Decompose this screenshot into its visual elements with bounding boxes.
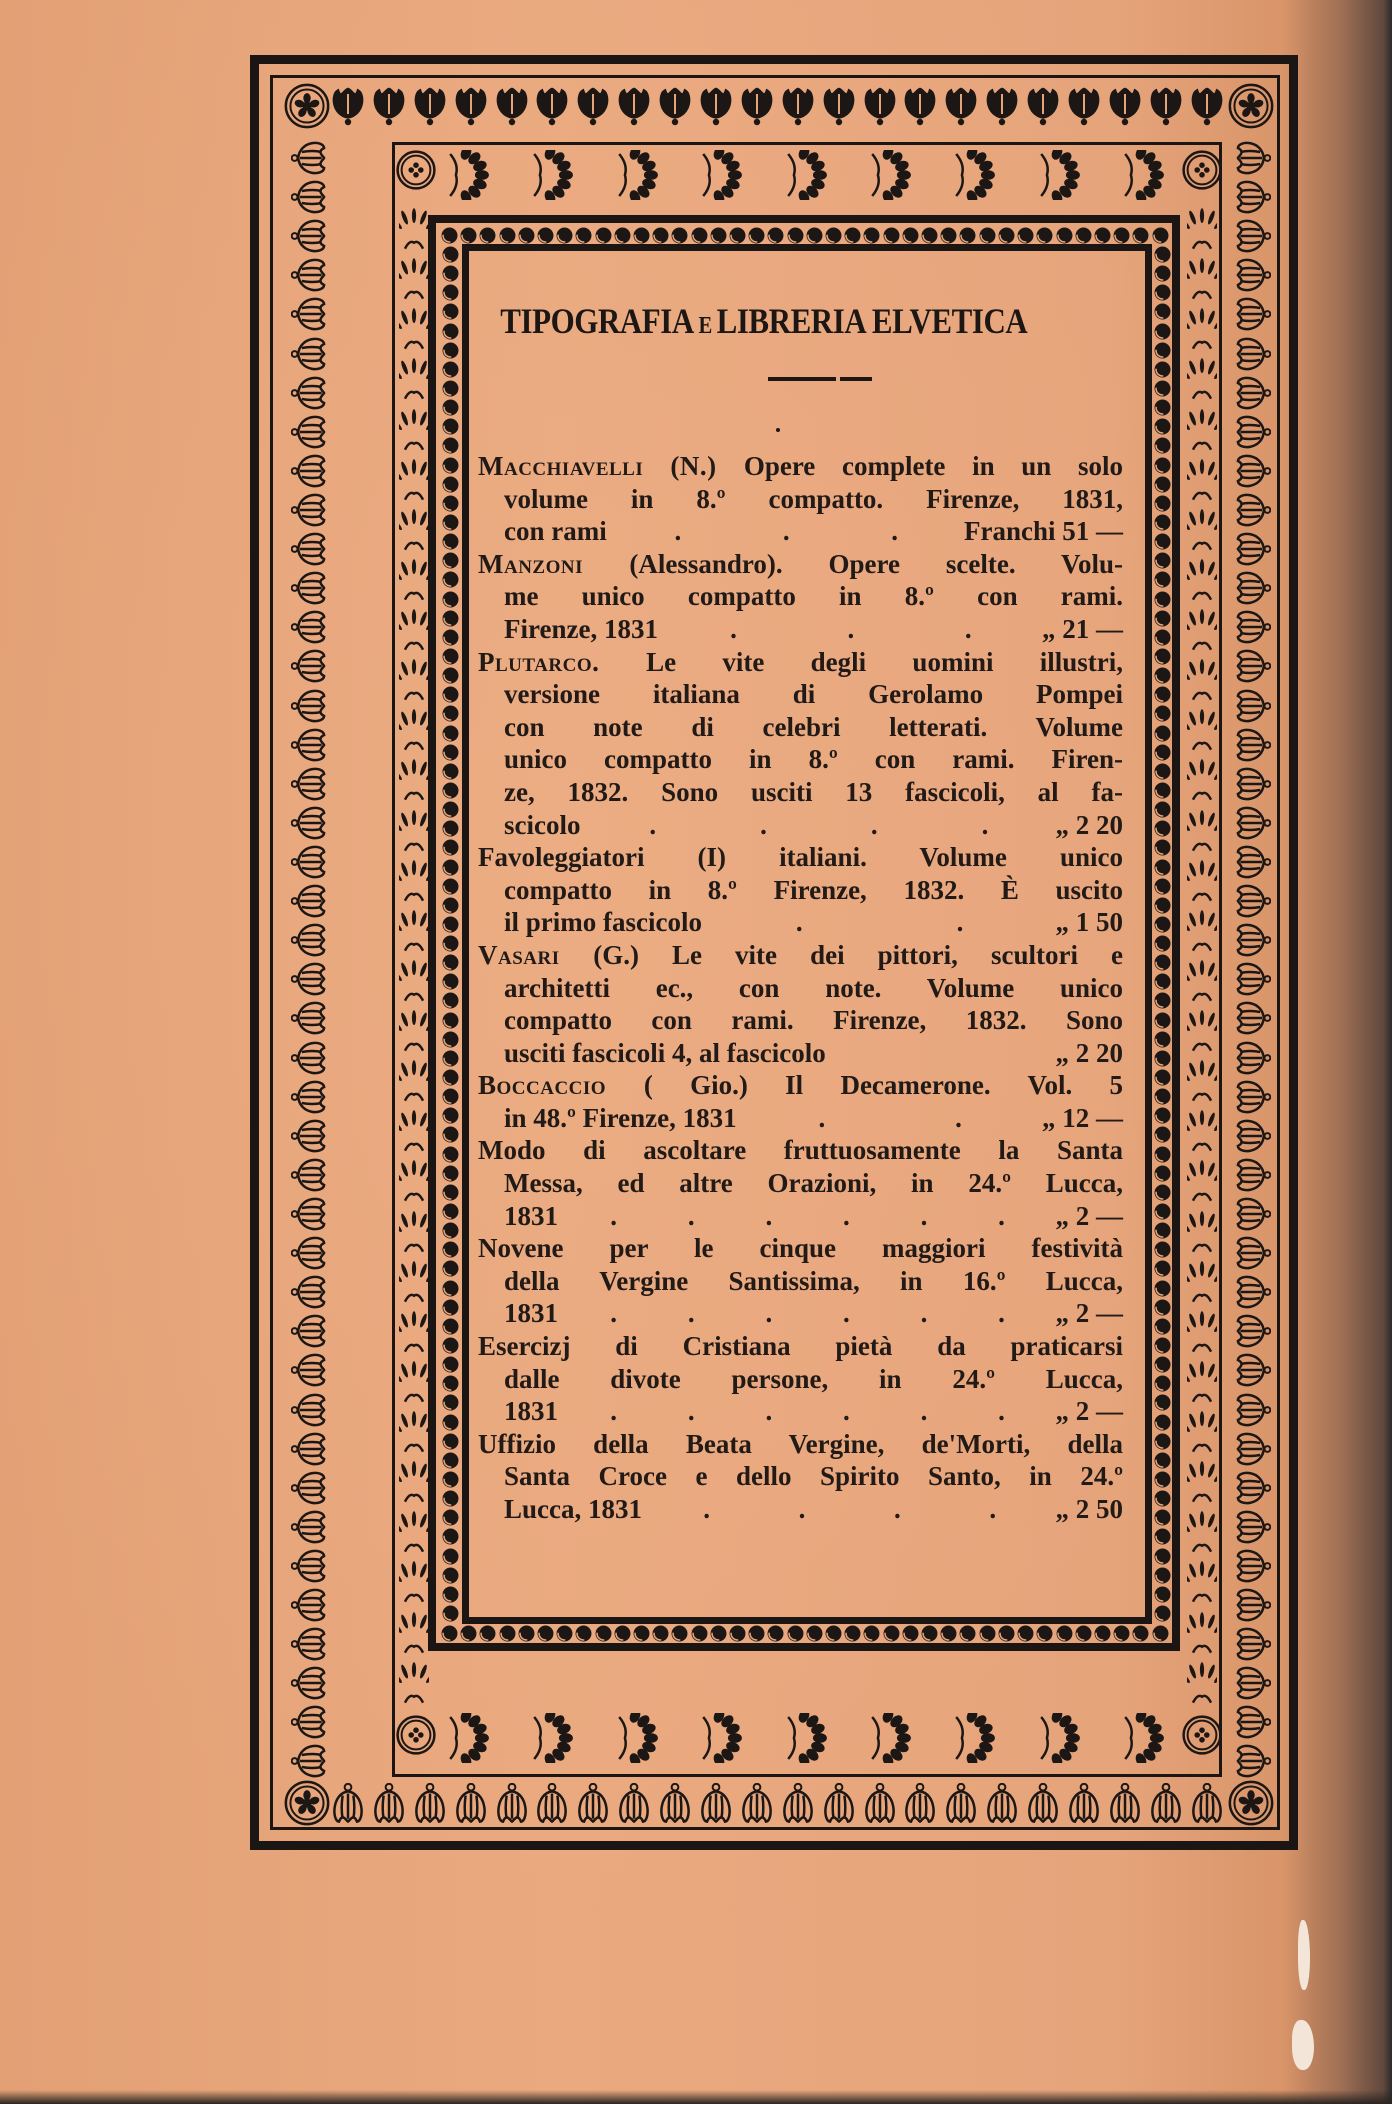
entry-text: in 48.º Firenze, 1831: [504, 1102, 737, 1135]
ornament-icon: [1153, 1183, 1172, 1202]
ornament-icon: [1035, 1624, 1054, 1643]
ornament-icon: [536, 226, 555, 245]
ornament-icon: [632, 226, 651, 245]
ornament-icon: [1153, 1202, 1172, 1221]
paper-bottom-edge: [0, 2090, 1392, 2104]
entry-price: „ 1 50: [1056, 906, 1124, 939]
ornament-icon: [291, 529, 327, 569]
ornament-icon: [1187, 907, 1217, 953]
ornament-icon: [441, 953, 460, 972]
ornament-icon: [698, 86, 734, 126]
ornament-icon: [1153, 341, 1172, 360]
ornament-icon: [441, 570, 460, 589]
ornament-icon: [291, 568, 327, 608]
entry-line: Boccaccio ( Gio.) Il Decamerone. Vol. 5: [478, 1069, 1123, 1102]
entry-text: scicolo: [504, 809, 580, 842]
ornament-icon: [574, 1624, 593, 1643]
ornament-icon: [1235, 1468, 1271, 1508]
ornament-icon: [616, 1783, 652, 1825]
entry-line: 1831......„ 2 —: [478, 1395, 1123, 1428]
ornament-icon: [1153, 1049, 1172, 1068]
ornament-icon: [1153, 609, 1172, 628]
ornament-icon: [291, 373, 327, 413]
ornament-icon: [441, 1470, 460, 1489]
ornament-icon: [1153, 302, 1172, 321]
entry-text: volume in 8.º compatto. Firenze, 1831,: [504, 483, 1123, 516]
dot-leader: [826, 1037, 1056, 1070]
ornament-icon: [291, 803, 327, 843]
ornament-icon: [1235, 842, 1271, 882]
entry-line: il primo fascicolo..„ 1 50: [478, 906, 1123, 939]
ornament-icon: [1153, 1451, 1172, 1470]
ornament-icon: [1153, 1585, 1172, 1604]
lotus-border-left: [288, 140, 330, 1780]
title-conjunction: E: [694, 313, 717, 339]
ornament-icon: [1153, 1221, 1172, 1240]
ornament-icon: [920, 1624, 939, 1643]
entry-line: Macchiavelli (N.) Opere complete in un s…: [478, 450, 1123, 483]
ornament-icon: [1235, 1546, 1271, 1586]
ornament-icon: [478, 1624, 497, 1643]
entry-text: Lucca, 1831: [504, 1493, 642, 1526]
ornament-icon: [862, 86, 898, 126]
ornament-icon: [1153, 1106, 1172, 1125]
ornament-icon: [1235, 646, 1271, 686]
ornament-icon: [1039, 1713, 1083, 1763]
ornament-icon: [1153, 475, 1172, 494]
dot-leader: ..: [737, 1102, 1042, 1135]
ornament-icon: [1235, 140, 1271, 178]
ornament-icon: [1153, 972, 1172, 991]
ornament-icon: [821, 1783, 857, 1825]
ornament-icon: [291, 412, 327, 452]
ornament-icon: [958, 226, 977, 245]
ornament-icon: [399, 1208, 429, 1254]
ornament-icon: [291, 1272, 327, 1312]
ornament-icon: [1066, 1783, 1102, 1825]
ornament-icon: [441, 781, 460, 800]
ornament-icon: [943, 1783, 979, 1825]
ornament-icon: [1235, 959, 1271, 999]
entry-text: Macchiavelli (N.) Opere complete in un s…: [478, 450, 1123, 483]
ornament-icon: [441, 360, 460, 379]
ornament-icon: [1074, 1624, 1093, 1643]
ornament-icon: [709, 1624, 728, 1643]
ornament-icon: [882, 1624, 901, 1643]
entry-price: „ 2 —: [1056, 1395, 1124, 1428]
ornament-icon: [1153, 1393, 1172, 1412]
ornament-icon: [494, 1783, 530, 1825]
dot-leader: ......: [558, 1297, 1056, 1330]
lotus-border-right: [1232, 140, 1274, 1780]
ornament-icon: [1235, 1272, 1271, 1312]
ornament-icon: [440, 1624, 459, 1643]
ornament-icon: [1235, 1077, 1271, 1117]
ornament-icon: [441, 1298, 460, 1317]
ornament-icon: [399, 656, 429, 702]
ornament-icon: [399, 807, 429, 853]
ornament-icon: [1153, 1259, 1172, 1278]
entry-line: Lucca, 1831....„ 2 50: [478, 1493, 1123, 1526]
ornament-icon: [805, 1624, 824, 1643]
ornament-icon: [1153, 666, 1172, 685]
entry-text: Vasari (G.) Le vite dei pittori, scultor…: [478, 939, 1123, 972]
ornament-icon: [902, 86, 938, 126]
ornament-icon: [399, 857, 429, 903]
ornament-icon: [1187, 957, 1217, 1003]
ornament-icon: [1131, 1624, 1150, 1643]
bead-border-left: [440, 245, 460, 1623]
ornament-icon: [1235, 529, 1271, 569]
ornament-icon: [1153, 379, 1172, 398]
entry-text: compatto in 8.º Firenze, 1832. È uscito: [504, 874, 1123, 907]
entry-text: con rami: [504, 515, 607, 548]
ornament-icon: [882, 226, 901, 245]
ornament-icon: [1235, 920, 1271, 960]
ornament-icon: [1123, 150, 1167, 200]
ornament-icon: [498, 1624, 517, 1643]
ornament-icon: [821, 86, 857, 126]
ornament-icon: [1235, 998, 1271, 1038]
ornament-icon: [1187, 406, 1217, 452]
ornament-icon: [291, 998, 327, 1038]
ornament-icon: [824, 226, 843, 245]
catalog-entry: Uffizio della Beata Vergine, de'Morti, d…: [478, 1428, 1123, 1526]
ornament-icon: [1235, 764, 1271, 804]
ornament-icon: [1235, 451, 1271, 491]
ornament-icon: [291, 1429, 327, 1469]
catalog-entry: Modo di ascoltare fruttuosamente la Sant…: [478, 1134, 1123, 1232]
entry-price: „ 21 —: [1042, 613, 1123, 646]
cross-rosette-corner-icon: [1182, 1715, 1222, 1755]
ornament-icon: [843, 226, 862, 245]
ornament-icon: [1235, 1741, 1271, 1780]
ornament-icon: [1187, 355, 1217, 401]
ornament-icon: [441, 838, 460, 857]
ornament-icon: [1153, 1164, 1172, 1183]
ornament-icon: [1187, 656, 1217, 702]
ornament-icon: [709, 226, 728, 245]
ornament-icon: [1151, 226, 1170, 245]
entry-text: con note di celebri letterati. Volume: [504, 711, 1123, 744]
ornament-icon: [399, 556, 429, 602]
ornament-icon: [1153, 551, 1172, 570]
ornament-icon: [1235, 1038, 1271, 1078]
catalog-entry: Plutarco. Le vite degli uomini illustri,…: [478, 646, 1123, 842]
ornament-icon: [399, 706, 429, 752]
ornament-icon: [441, 1432, 460, 1451]
ornament-icon: [1235, 1624, 1271, 1664]
entry-text: Plutarco. Le vite degli uomini illustri,: [478, 646, 1123, 679]
ornament-icon: [780, 1783, 816, 1825]
ornament-icon: [1112, 1624, 1131, 1643]
ornament-icon: [1153, 915, 1172, 934]
entry-price: „ 2 20: [1056, 1037, 1124, 1070]
dot-leader: ......: [558, 1200, 1056, 1233]
ornament-icon: [574, 226, 593, 245]
ornament-icon: [939, 1624, 958, 1643]
title-part-2: LIBRERIA ELVETICA: [717, 301, 1028, 341]
ornament-icon: [1187, 1659, 1217, 1705]
dot-leader: ......: [558, 1395, 1056, 1428]
ornament-icon: [1153, 1547, 1172, 1566]
ornament-icon: [1235, 1390, 1271, 1430]
ornament-icon: [291, 1194, 327, 1234]
ornament-icon: [1153, 436, 1172, 455]
entry-text: 1831: [504, 1297, 558, 1330]
ornament-icon: [1074, 226, 1093, 245]
dot-leader: ....: [642, 1493, 1056, 1526]
bead-border-top: [440, 225, 1170, 245]
entry-price: „ 2 —: [1056, 1200, 1124, 1233]
ornament-icon: [371, 1783, 407, 1825]
ornament-icon: [739, 1783, 775, 1825]
ornament-icon: [441, 590, 460, 609]
ornament-icon: [728, 1624, 747, 1643]
ornament-icon: [448, 1713, 492, 1763]
entry-line: usciti fascicoli 4, al fascicolo„ 2 20: [478, 1037, 1123, 1070]
ornament-icon: [943, 86, 979, 126]
entry-text: Uffizio della Beata Vergine, de'Morti, d…: [478, 1428, 1123, 1461]
ornament-icon: [291, 764, 327, 804]
entry-price: „ 12 —: [1042, 1102, 1123, 1135]
ornament-icon: [441, 1374, 460, 1393]
ornament-icon: [1153, 283, 1172, 302]
ornament-icon: [371, 86, 407, 126]
ornament-icon: [1153, 1298, 1172, 1317]
ornament-icon: [291, 334, 327, 374]
dot-leader: ...: [607, 515, 964, 548]
ornament-icon: [441, 685, 460, 704]
entry-line: compatto in 8.º Firenze, 1832. È uscito: [478, 874, 1123, 907]
ornament-icon: [786, 1624, 805, 1643]
entry-text: me unico compatto in 8.º con rami.: [504, 580, 1123, 613]
ornament-icon: [870, 150, 914, 200]
page-title: TIPOGRAFIA E LIBRERIA ELVETICA: [480, 300, 1048, 342]
ornament-icon: [1153, 1279, 1172, 1298]
ornament-icon: [1187, 857, 1217, 903]
ornament-icon: [901, 226, 920, 245]
ornament-icon: [441, 398, 460, 417]
ornament-icon: [1153, 1011, 1172, 1030]
palmette-border-right: [1186, 205, 1218, 1705]
ornament-icon: [291, 920, 327, 960]
ornament-icon: [1235, 1116, 1271, 1156]
entry-text: Favoleggiatori (I) italiani. Volume unic…: [478, 841, 1123, 874]
ornament-icon: [1153, 1489, 1172, 1508]
ornament-icon: [575, 86, 611, 126]
ornament-icon: [1187, 606, 1217, 652]
ornament-icon: [1153, 934, 1172, 953]
ornament-icon: [1189, 1783, 1225, 1825]
ornament-icon: [399, 1358, 429, 1404]
ornament-icon: [824, 1624, 843, 1643]
ornament-icon: [441, 1279, 460, 1298]
rosette-corner-icon: [1228, 1780, 1274, 1826]
ornament-icon: [441, 1413, 460, 1432]
ornament-icon: [1153, 1604, 1172, 1623]
entry-text: architetti ec., con note. Volume unico: [504, 972, 1123, 1005]
ornament-icon: [459, 1624, 478, 1643]
ornament-icon: [536, 1624, 555, 1643]
ornament-icon: [766, 1624, 785, 1643]
ornament-icon: [291, 255, 327, 295]
ornament-icon: [453, 1783, 489, 1825]
ornament-icon: [1153, 590, 1172, 609]
entry-line: Novene per le cinque maggiori festività: [478, 1232, 1123, 1265]
ornament-icon: [291, 686, 327, 726]
ornament-icon: [534, 1783, 570, 1825]
entry-text: Esercizj di Cristiana pietà da praticars…: [478, 1330, 1123, 1363]
entry-text: versione italiana di Gerolamo Pompei: [504, 678, 1123, 711]
ornament-icon: [441, 1604, 460, 1623]
entry-price: „ 2 —: [1056, 1297, 1124, 1330]
ornament-icon: [1093, 226, 1112, 245]
title-rule: [768, 377, 836, 381]
ornament-icon: [399, 1157, 429, 1203]
ornament-icon: [291, 451, 327, 491]
entry-text: della Vergine Santissima, in 16.º Lucca,: [504, 1265, 1123, 1298]
ornament-icon: [997, 1624, 1016, 1643]
ornament-icon: [1187, 1558, 1217, 1604]
ornament-icon: [1153, 360, 1172, 379]
ornament-icon: [843, 1624, 862, 1643]
ornament-icon: [441, 1030, 460, 1049]
entry-line: Santa Croce e dello Spirito Santo, in 24…: [478, 1460, 1123, 1493]
dot-leader: ...: [658, 613, 1042, 646]
ornament-icon: [1093, 1624, 1112, 1643]
ornament-icon: [1153, 953, 1172, 972]
ornament-icon: [399, 1007, 429, 1053]
dot-leader: ..: [702, 906, 1056, 939]
ornament-icon: [399, 756, 429, 802]
ornament-icon: [441, 436, 460, 455]
ornament-icon: [1153, 724, 1172, 743]
ornament-icon: [453, 86, 489, 126]
entry-line: compatto con rami. Firenze, 1832. Sono: [478, 1004, 1123, 1037]
ornament-icon: [1153, 1068, 1172, 1087]
paper-tear: [1292, 2020, 1314, 2070]
entry-text: Manzoni (Alessandro). Opere scelte. Volu…: [478, 548, 1123, 581]
ornament-icon: [1123, 1713, 1167, 1763]
ornament-icon: [862, 1624, 881, 1643]
ornament-icon: [870, 1713, 914, 1763]
ornament-icon: [441, 494, 460, 513]
ornament-icon: [532, 150, 576, 200]
ornament-icon: [441, 417, 460, 436]
ornament-icon: [441, 1164, 460, 1183]
ornament-icon: [1187, 1609, 1217, 1655]
ornament-icon: [1235, 1194, 1271, 1234]
ornament-icon: [291, 1702, 327, 1742]
ornament-icon: [786, 150, 830, 200]
ornament-icon: [594, 1624, 613, 1643]
ornament-icon: [1235, 412, 1271, 452]
ornament-icon: [441, 762, 460, 781]
ornament-icon: [291, 725, 327, 765]
ornament-icon: [441, 704, 460, 723]
ornament-icon: [701, 1713, 745, 1763]
ornament-icon: [498, 226, 517, 245]
entry-line: Modo di ascoltare fruttuosamente la Sant…: [478, 1134, 1123, 1167]
ornament-icon: [902, 1783, 938, 1825]
ornament-icon: [291, 1155, 327, 1195]
ornament-icon: [291, 881, 327, 921]
ornament-icon: [1235, 334, 1271, 374]
ornament-icon: [291, 294, 327, 334]
ornament-icon: [441, 264, 460, 283]
entry-text: 1831: [504, 1200, 558, 1233]
entry-text: Novene per le cinque maggiori festività: [478, 1232, 1123, 1265]
ornament-icon: [1235, 1507, 1271, 1547]
rosette-corner-icon: [1228, 83, 1274, 129]
ornament-icon: [1235, 1311, 1271, 1351]
entry-line: scicolo....„ 2 20: [478, 809, 1123, 842]
catalog-entry: Manzoni (Alessandro). Opere scelte. Volu…: [478, 548, 1123, 646]
catalog-entry: Favoleggiatori (I) italiani. Volume unic…: [478, 841, 1123, 939]
ornament-icon: [441, 1106, 460, 1125]
entry-line: Plutarco. Le vite degli uomini illustri,: [478, 646, 1123, 679]
ornament-icon: [441, 1393, 460, 1412]
ornament-icon: [399, 305, 429, 351]
ornament-icon: [441, 1221, 460, 1240]
ornament-icon: [534, 86, 570, 126]
ornament-icon: [441, 1489, 460, 1508]
bead-border-bottom: [440, 1623, 1170, 1643]
entry-line: in 48.º Firenze, 1831..„ 12 —: [478, 1102, 1123, 1135]
entry-author: Vasari: [478, 940, 593, 970]
ornament-icon: [862, 1783, 898, 1825]
ornament-icon: [920, 226, 939, 245]
ornament-icon: [1153, 1470, 1172, 1489]
ornament-icon: [448, 150, 492, 200]
ornament-icon: [1187, 456, 1217, 502]
ornament-icon: [1187, 1107, 1217, 1153]
entry-text: Firenze, 1831: [504, 613, 658, 646]
ornament-icon: [441, 1336, 460, 1355]
ornament-icon: [1235, 1663, 1271, 1703]
ornament-icon: [1153, 1508, 1172, 1527]
ornament-icon: [441, 283, 460, 302]
ornament-icon: [1153, 532, 1172, 551]
ornament-icon: [291, 1077, 327, 1117]
ornament-icon: [441, 934, 460, 953]
ornament-icon: [997, 226, 1016, 245]
ornament-icon: [939, 226, 958, 245]
ornament-icon: [739, 86, 775, 126]
entry-line: 1831......„ 2 —: [478, 1297, 1123, 1330]
title-rule: [840, 377, 872, 381]
ornament-icon: [441, 743, 460, 762]
ornament-icon: [291, 1585, 327, 1625]
ornament-icon: [1235, 373, 1271, 413]
ornament-icon: [1153, 456, 1172, 475]
entry-line: Vasari (G.) Le vite dei pittori, scultor…: [478, 939, 1123, 972]
entry-line: Favoleggiatori (I) italiani. Volume unic…: [478, 841, 1123, 874]
ornament-icon: [1235, 1585, 1271, 1625]
ornament-icon: [670, 226, 689, 245]
ornament-icon: [1153, 781, 1172, 800]
ornament-icon: [1153, 494, 1172, 513]
ink-speck: [776, 428, 780, 432]
ornament-icon: [747, 226, 766, 245]
ornament-icon: [399, 1258, 429, 1304]
ornament-icon: [441, 322, 460, 341]
ornament-icon: [1055, 1624, 1074, 1643]
entry-line: 1831......„ 2 —: [478, 1200, 1123, 1233]
ornament-icon: [441, 609, 460, 628]
ornament-icon: [1235, 216, 1271, 256]
